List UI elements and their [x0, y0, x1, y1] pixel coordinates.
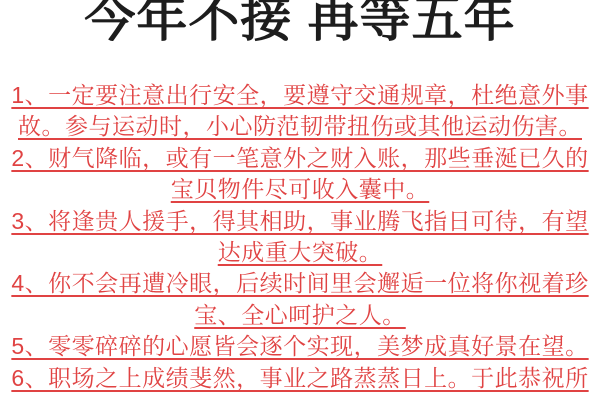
fortune-line-2b: 宝贝物件尽可收入囊中。 [0, 174, 600, 205]
fortune-line-3b: 达成重大突破。 [0, 237, 600, 268]
fortune-line-1a: 1、一定要注意出行安全，要遵守交通规章，杜绝意外事 [0, 80, 600, 111]
page-title: 今年不接 再等五年 [0, 0, 600, 44]
fortune-list: 1、一定要注意出行安全，要遵守交通规章，杜绝意外事 故。参与运动时，小心防范韧带… [0, 80, 600, 394]
fortune-page: 今年不接 再等五年 1、一定要注意出行安全，要遵守交通规章，杜绝意外事 故。参与… [0, 0, 600, 400]
fortune-line-4a: 4、你不会再遭冷眼，后续时间里会邂逅一位将你视着珍 [0, 268, 600, 299]
fortune-line-4b: 宝、全心呵护之人。 [0, 300, 600, 331]
fortune-line-3a: 3、将逢贵人援手，得其相助，事业腾飞指日可待，有望 [0, 206, 600, 237]
fortune-line-6: 6、职场之上成绩斐然，事业之路蒸蒸日上。于此恭祝所 [0, 363, 600, 394]
fortune-line-2a: 2、财气降临，或有一笔意外之财入账，那些垂涎已久的 [0, 143, 600, 174]
fortune-line-5: 5、零零碎碎的心愿皆会逐个实现，美梦成真好景在望。 [0, 331, 600, 362]
fortune-line-1b: 故。参与运动时，小心防范韧带扭伤或其他运动伤害。 [0, 111, 600, 142]
